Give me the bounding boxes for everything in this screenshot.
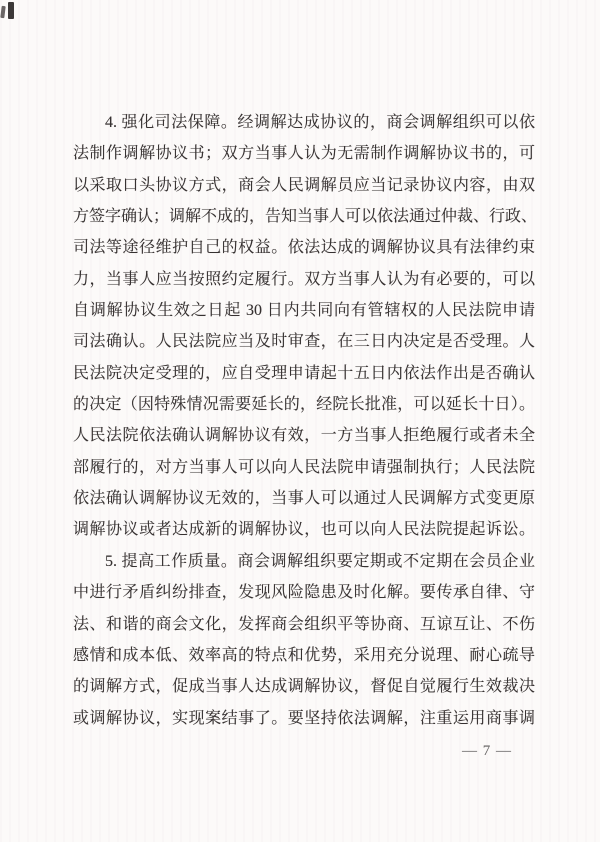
- body-text-line: 依法确认调解协议无效的，当事人可以通过人民调解方式变更原: [73, 483, 535, 514]
- body-text-line: 自调解协议生效之日起 30 日内共同向有管辖权的人民法院申请: [73, 295, 535, 326]
- body-text-line: 4. 强化司法保障。经调解达成协议的，商会调解组织可以依: [73, 107, 535, 138]
- scan-artifact: [8, 2, 14, 19]
- document-page: 4. 强化司法保障。经调解达成协议的，商会调解组织可以依 法制作调解协议书；双方…: [0, 0, 600, 842]
- body-text-line: 法制作调解协议书；双方当事人认为无需制作调解协议书的，可: [73, 138, 535, 169]
- body-text-line: 感情和成本低、效率高的特点和优势，采用充分说理、耐心疏导: [73, 640, 535, 671]
- body-text-line: 以采取口头协议方式，商会人民调解员应当记录协议内容，由双: [73, 170, 535, 201]
- body-text-line: 司法确认。人民法院应当及时审查，在三日内决定是否受理。人: [73, 326, 535, 357]
- body-text-line: 人民法院依法确认调解协议有效，一方当事人拒绝履行或者未全: [73, 420, 535, 451]
- body-text-line: 力，当事人应当按照约定履行。双方当事人认为有必要的，可以: [73, 264, 535, 295]
- body-text-line: 法、和谐的商会文化，发挥商会组织平等协商、互谅互让、不伤: [73, 609, 535, 640]
- body-text: 4. 强化司法保障。经调解达成协议的，商会调解组织可以依 法制作调解协议书；双方…: [73, 107, 535, 734]
- body-text-line: 部履行的，对方当事人可以向人民法院申请强制执行；人民法院: [73, 452, 535, 483]
- body-text-line: 司法等途径维护自己的权益。依法达成的调解协议具有法律约束: [73, 232, 535, 263]
- body-text-line: 中进行矛盾纠纷排查，发现风险隐患及时化解。要传承自律、守: [73, 577, 535, 608]
- body-text-line: 的调解方式，促成当事人达成调解协议，督促自觉履行生效裁决: [73, 671, 535, 702]
- page-number: — 7 —: [462, 743, 512, 760]
- body-text-line: 方签字确认；调解不成的，告知当事人可以依法通过仲裁、行政、: [73, 201, 535, 232]
- body-text-line: 调解协议或者达成新的调解协议，也可以向人民法院提起诉讼。: [73, 514, 535, 545]
- body-text-line: 5. 提高工作质量。商会调解组织要定期或不定期在会员企业: [73, 546, 535, 577]
- body-text-line: 的决定（因特殊情况需要延长的，经院长批准，可以延长十日）。: [73, 389, 535, 420]
- scan-artifact: [0, 6, 5, 18]
- body-text-line: 民法院决定受理的，应自受理申请起十五日内依法作出是否确认: [73, 358, 535, 389]
- body-text-line: 或调解协议，实现案结事了。要坚持依法调解，注重运用商事调: [73, 703, 535, 734]
